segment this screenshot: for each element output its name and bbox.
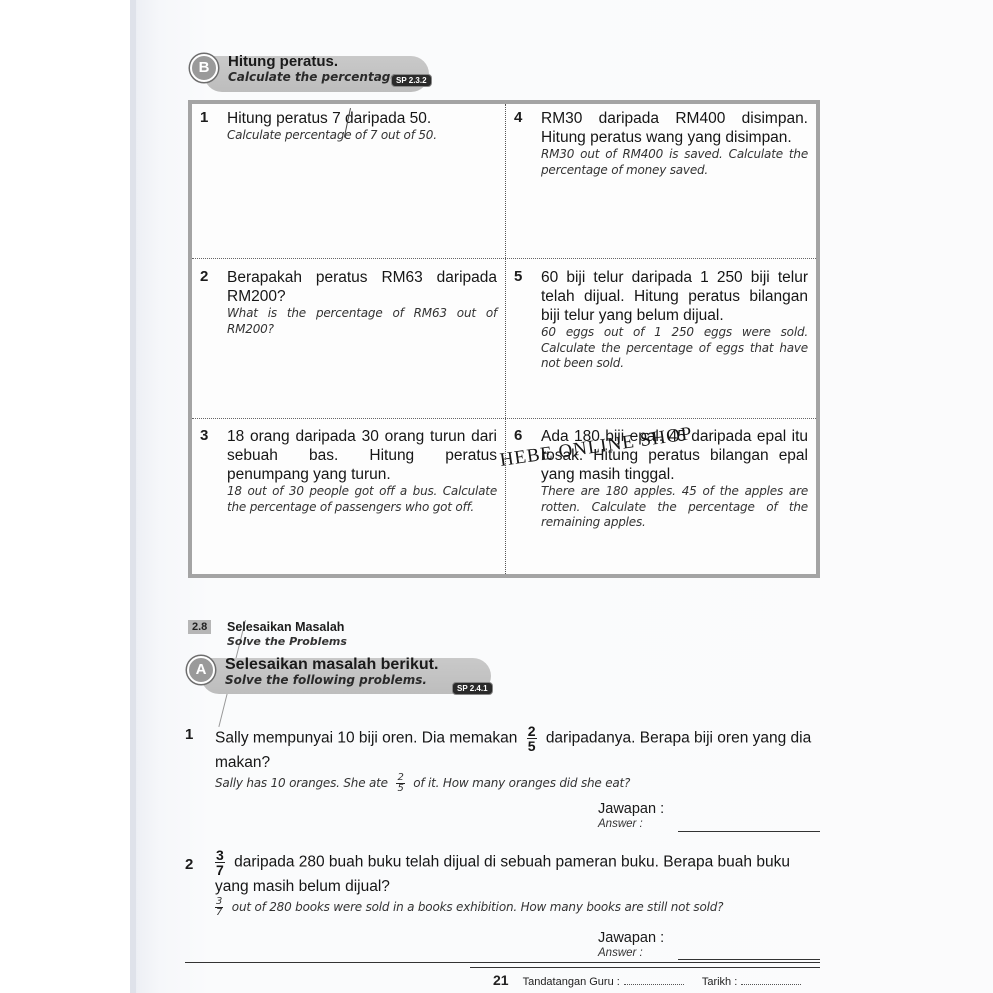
subsection-title-ms: Selesaikan Masalah (227, 620, 344, 634)
problem-text-segment: Sally mempunyai 10 biji oren. Dia memaka… (215, 730, 517, 747)
fraction: 37 (215, 897, 223, 918)
problem-text-segment: Sally has 10 oranges. She ate (215, 776, 388, 790)
problem-text-segment: of it. How many oranges did she eat? (413, 776, 630, 790)
question-text-ms: Hitung peratus 7 daripada 50. (227, 109, 497, 128)
section-b-sp-badge: SP 2.3.2 (391, 74, 432, 87)
question-cell-2: 2 Berapakah peratus RM63 daripada RM200?… (192, 263, 505, 418)
question-number: 5 (514, 268, 522, 285)
question-number: 1 (200, 109, 208, 126)
answer-block-1: Jawapan : Answer : (598, 801, 820, 830)
question-cell-3: 3 18 orang daripada 30 orang turun dari … (192, 422, 505, 574)
fraction-denominator: 5 (397, 784, 403, 794)
teacher-signature-label: Tandatangan Guru : (523, 976, 620, 988)
word-problem-1: 1 Sally mempunyai 10 biji oren. Dia mema… (185, 724, 825, 794)
problem-text-ms: Sally mempunyai 10 biji oren. Dia memaka… (215, 724, 825, 773)
question-cell-5: 5 60 biji telur daripada 1 250 biji telu… (506, 263, 816, 418)
question-cell-4: 4 RM30 daripada RM400 disimpan. Hitung p… (506, 104, 816, 258)
problem-number: 1 (185, 726, 193, 743)
fraction-denominator: 5 (528, 739, 536, 753)
answer-label-en: Answer : (598, 947, 820, 959)
question-text-en: 60 eggs out of 1 250 eggs were sold. Cal… (541, 325, 808, 372)
table-row-divider (192, 418, 816, 419)
section-b-title-ms: Hitung peratus. (228, 54, 403, 71)
question-text-ms: 18 orang daripada 30 orang turun dari se… (227, 427, 497, 484)
answer-input-line[interactable] (678, 959, 820, 960)
fraction-denominator: 7 (216, 908, 222, 918)
problem-text-segment: out of 280 books were sold in a books ex… (232, 900, 724, 914)
table-row-divider (192, 258, 816, 259)
question-text-en: 18 out of 30 people got off a bus. Calcu… (227, 484, 497, 515)
question-text-en: Calculate percentage of 7 out of 50. (227, 128, 497, 144)
section-a-title-en: Solve the following problems. (225, 674, 438, 687)
section-b-title-en: Calculate the percentage. (228, 71, 403, 84)
date-label: Tarikh : (702, 976, 737, 988)
section-a-header: A Selesaikan masalah berikut. Solve the … (187, 656, 497, 696)
answer-input-line[interactable] (678, 831, 820, 832)
question-text-ms: 60 biji telur daripada 1 250 biji telur … (541, 268, 808, 325)
question-cell-1: 1 Hitung peratus 7 daripada 50. Calculat… (192, 104, 505, 258)
section-a-title-ms: Selesaikan masalah berikut. (225, 656, 438, 674)
question-text-ms: Berapakah peratus RM63 daripada RM200? (227, 268, 497, 306)
answer-block-2: Jawapan : Answer : (598, 930, 820, 959)
subsection-number: 2.8 (188, 620, 211, 634)
problem-text-en: 37 out of 280 books were sold in a books… (215, 897, 825, 918)
problem-text-segment: daripada 280 buah buku telah dijual di s… (215, 854, 790, 895)
question-text-ms: RM30 daripada RM400 disimpan. Hitung per… (541, 109, 808, 147)
footer-rule (470, 967, 820, 968)
footer-rule (185, 962, 820, 963)
section-a-sp-badge: SP 2.4.1 (452, 682, 493, 695)
fraction-denominator: 7 (216, 863, 224, 877)
question-number: 3 (200, 427, 208, 444)
subsection-title-en: Solve the Problems (227, 635, 347, 648)
question-text-en: There are 180 apples. 45 of the apples a… (541, 484, 808, 531)
fraction: 25 (527, 724, 537, 753)
fraction-numerator: 2 (527, 724, 537, 739)
answer-label-ms: Jawapan : (598, 930, 820, 946)
answer-label-en: Answer : (598, 818, 820, 830)
fraction: 25 (396, 773, 404, 794)
word-problem-2: 2 37 daripada 280 buah buku telah dijual… (185, 848, 825, 918)
page-number: 21 (493, 972, 509, 988)
teacher-signature-field[interactable] (624, 976, 684, 985)
page-footer: 21 Tandatangan Guru : Tarikh : (493, 972, 801, 988)
question-number: 2 (200, 268, 208, 285)
question-text-en: What is the percentage of RM63 out of RM… (227, 306, 497, 337)
fraction: 37 (215, 848, 225, 877)
percentage-questions-table: 1 Hitung peratus 7 daripada 50. Calculat… (188, 100, 820, 578)
answer-label-ms: Jawapan : (598, 801, 820, 817)
page-spine-shadow (130, 0, 136, 993)
fraction-numerator: 3 (215, 848, 225, 863)
section-b-letter-badge: B (190, 54, 218, 82)
section-a-letter-badge: A (187, 656, 215, 684)
problem-number: 2 (185, 856, 193, 873)
problem-text-en: Sally has 10 oranges. She ate 25 of it. … (215, 773, 825, 794)
question-text-en: RM30 out of RM400 is saved. Calculate th… (541, 147, 808, 178)
question-number: 6 (514, 427, 522, 444)
problem-text-ms: 37 daripada 280 buah buku telah dijual d… (215, 848, 825, 897)
date-field[interactable] (741, 976, 801, 985)
question-number: 4 (514, 109, 522, 126)
